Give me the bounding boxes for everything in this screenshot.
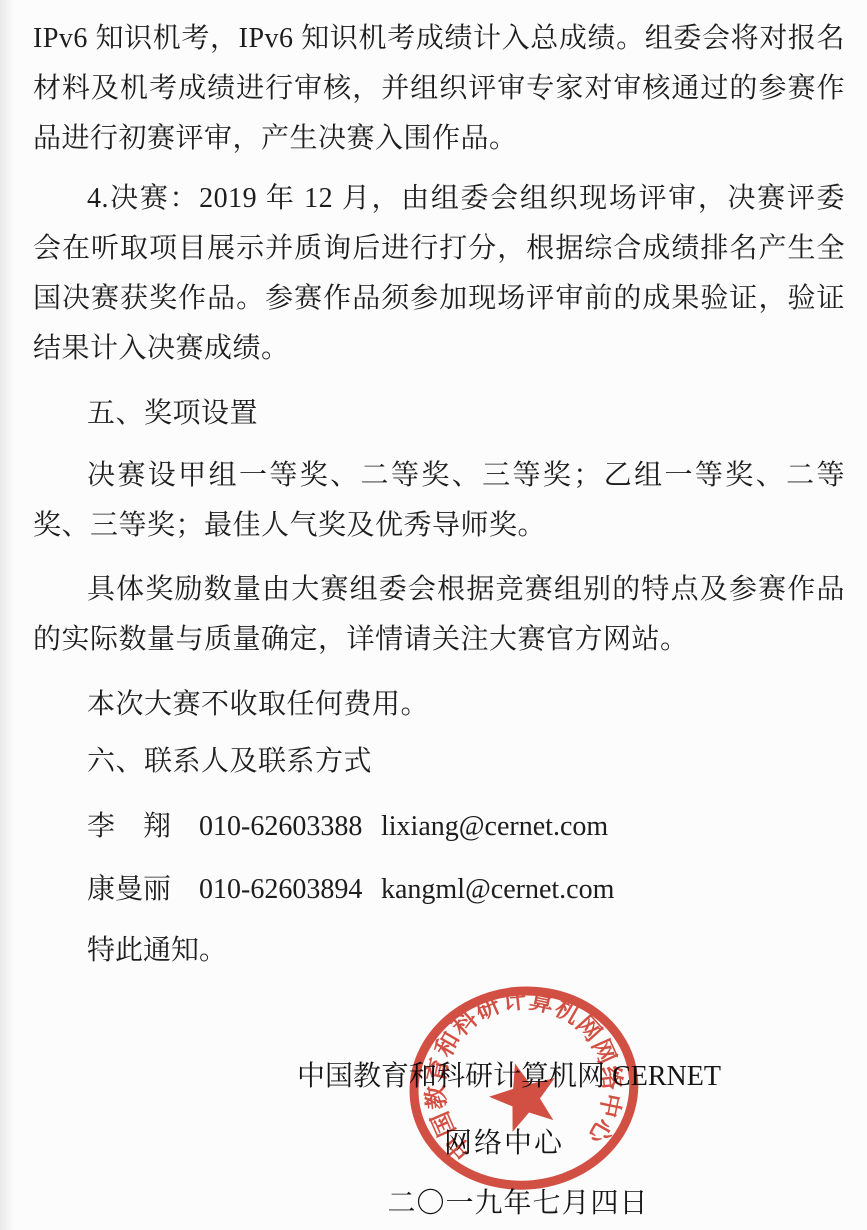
paragraph: 决赛设甲组一等奖、二等奖、三等奖；乙组一等奖、二等奖、三等奖；最佳人气奖及优秀导… — [33, 451, 845, 551]
paragraph: IPv6 知识机考，IPv6 知识机考成绩计入总成绩。组委会将对报名材料及机考成… — [33, 14, 845, 164]
paragraph: 五、奖项设置 — [33, 389, 845, 439]
signature-department: 网络中心 — [444, 1119, 564, 1169]
paragraph: 本次大赛不收取任何费用。 — [33, 680, 845, 730]
signature-organization: 中国教育和科研计算机网 CERNET — [297, 1052, 721, 1102]
closing-statement: 特此通知。 — [33, 926, 845, 976]
paragraph: 六、联系人及联系方式 — [33, 737, 845, 787]
contact-phone: 010-62603388 — [199, 802, 381, 852]
document-page: IPv6 知识机考，IPv6 知识机考成绩计入总成绩。组委会将对报名材料及机考成… — [0, 0, 867, 1230]
contact-phone: 010-62603894 — [199, 865, 381, 915]
signature-date: 二〇一九年七月四日 — [387, 1179, 648, 1229]
contact-email: kangml@cernet.com — [381, 874, 614, 905]
paragraph: 具体奖励数量由大赛组委会根据竞赛组别的特点及参赛作品的实际数量与质量确定，详情请… — [33, 565, 845, 665]
contact-email: lixiang@cernet.com — [381, 811, 608, 842]
contact-name: 康曼丽 — [87, 865, 199, 915]
paragraph: 4.决赛：2019 年 12 月，由组委会组织现场评审，决赛评委会在听取项目展示… — [33, 174, 845, 374]
contact-list: 李 翔010-62603388lixiang@cernet.com康曼丽010-… — [33, 802, 845, 915]
contact-name: 李 翔 — [87, 802, 199, 852]
document-body: IPv6 知识机考，IPv6 知识机考成绩计入总成绩。组委会将对报名材料及机考成… — [33, 14, 845, 787]
contact-line: 康曼丽010-62603894kangml@cernet.com — [33, 865, 845, 915]
contact-line: 李 翔010-62603388lixiang@cernet.com — [33, 802, 845, 852]
